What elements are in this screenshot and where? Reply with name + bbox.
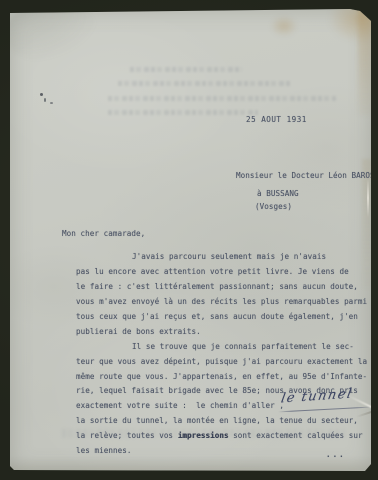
ink-speck — [50, 102, 53, 104]
salutation: Mon cher camarade, — [62, 229, 145, 238]
letter-paper: 25 AOUT 1931 Monsieur le Docteur Léon BA… — [10, 9, 371, 471]
body-line: les miennes. — [76, 446, 131, 455]
body-line: J'avais parcouru seulement mais je n'ava… — [132, 252, 326, 261]
body-line: exactement votre suite : le chemin d'all… — [76, 401, 284, 410]
body-line: la sortie du tunnel, la montée en ligne,… — [76, 416, 358, 425]
body-line: vous m'avez envoyé là un des récits les … — [76, 297, 367, 306]
body-line: même route que vous. J'appartenais, en e… — [76, 372, 367, 381]
overstruck-word: impressions — [178, 431, 229, 440]
continuation-mark: ... — [326, 450, 346, 459]
edge-tear — [367, 179, 369, 217]
body-line: tous ceux que j'ai reçus et, sans aucun … — [76, 312, 358, 321]
date-line: 25 AOUT 1931 — [246, 115, 307, 124]
ink-speck — [44, 98, 46, 102]
body-line-text: la relève; toutes vos — [76, 431, 178, 440]
body-line: teur que vous avez dépeint, puisque j'ai… — [76, 357, 367, 366]
recipient-department: (Vosges) — [255, 202, 292, 211]
body-line: pas lu encore avec attention votre petit… — [76, 267, 349, 276]
body-line: publierai de bons extraits. — [76, 327, 201, 336]
recipient-town: à BUSSANG — [257, 189, 299, 198]
body-line: la relève; toutes vos impressions sont e… — [76, 431, 363, 440]
recipient-name: Monsieur le Docteur Léon BAROS — [236, 171, 375, 180]
scan-background: 25 AOUT 1931 Monsieur le Docteur Léon BA… — [0, 0, 378, 480]
body-line: le faire : c'est littéralement passionna… — [76, 282, 358, 291]
body-line: Il se trouve que je connais parfaitement… — [132, 342, 354, 351]
ink-speck — [40, 93, 43, 96]
body-line-text: sont exactement calquées sur — [229, 431, 363, 440]
